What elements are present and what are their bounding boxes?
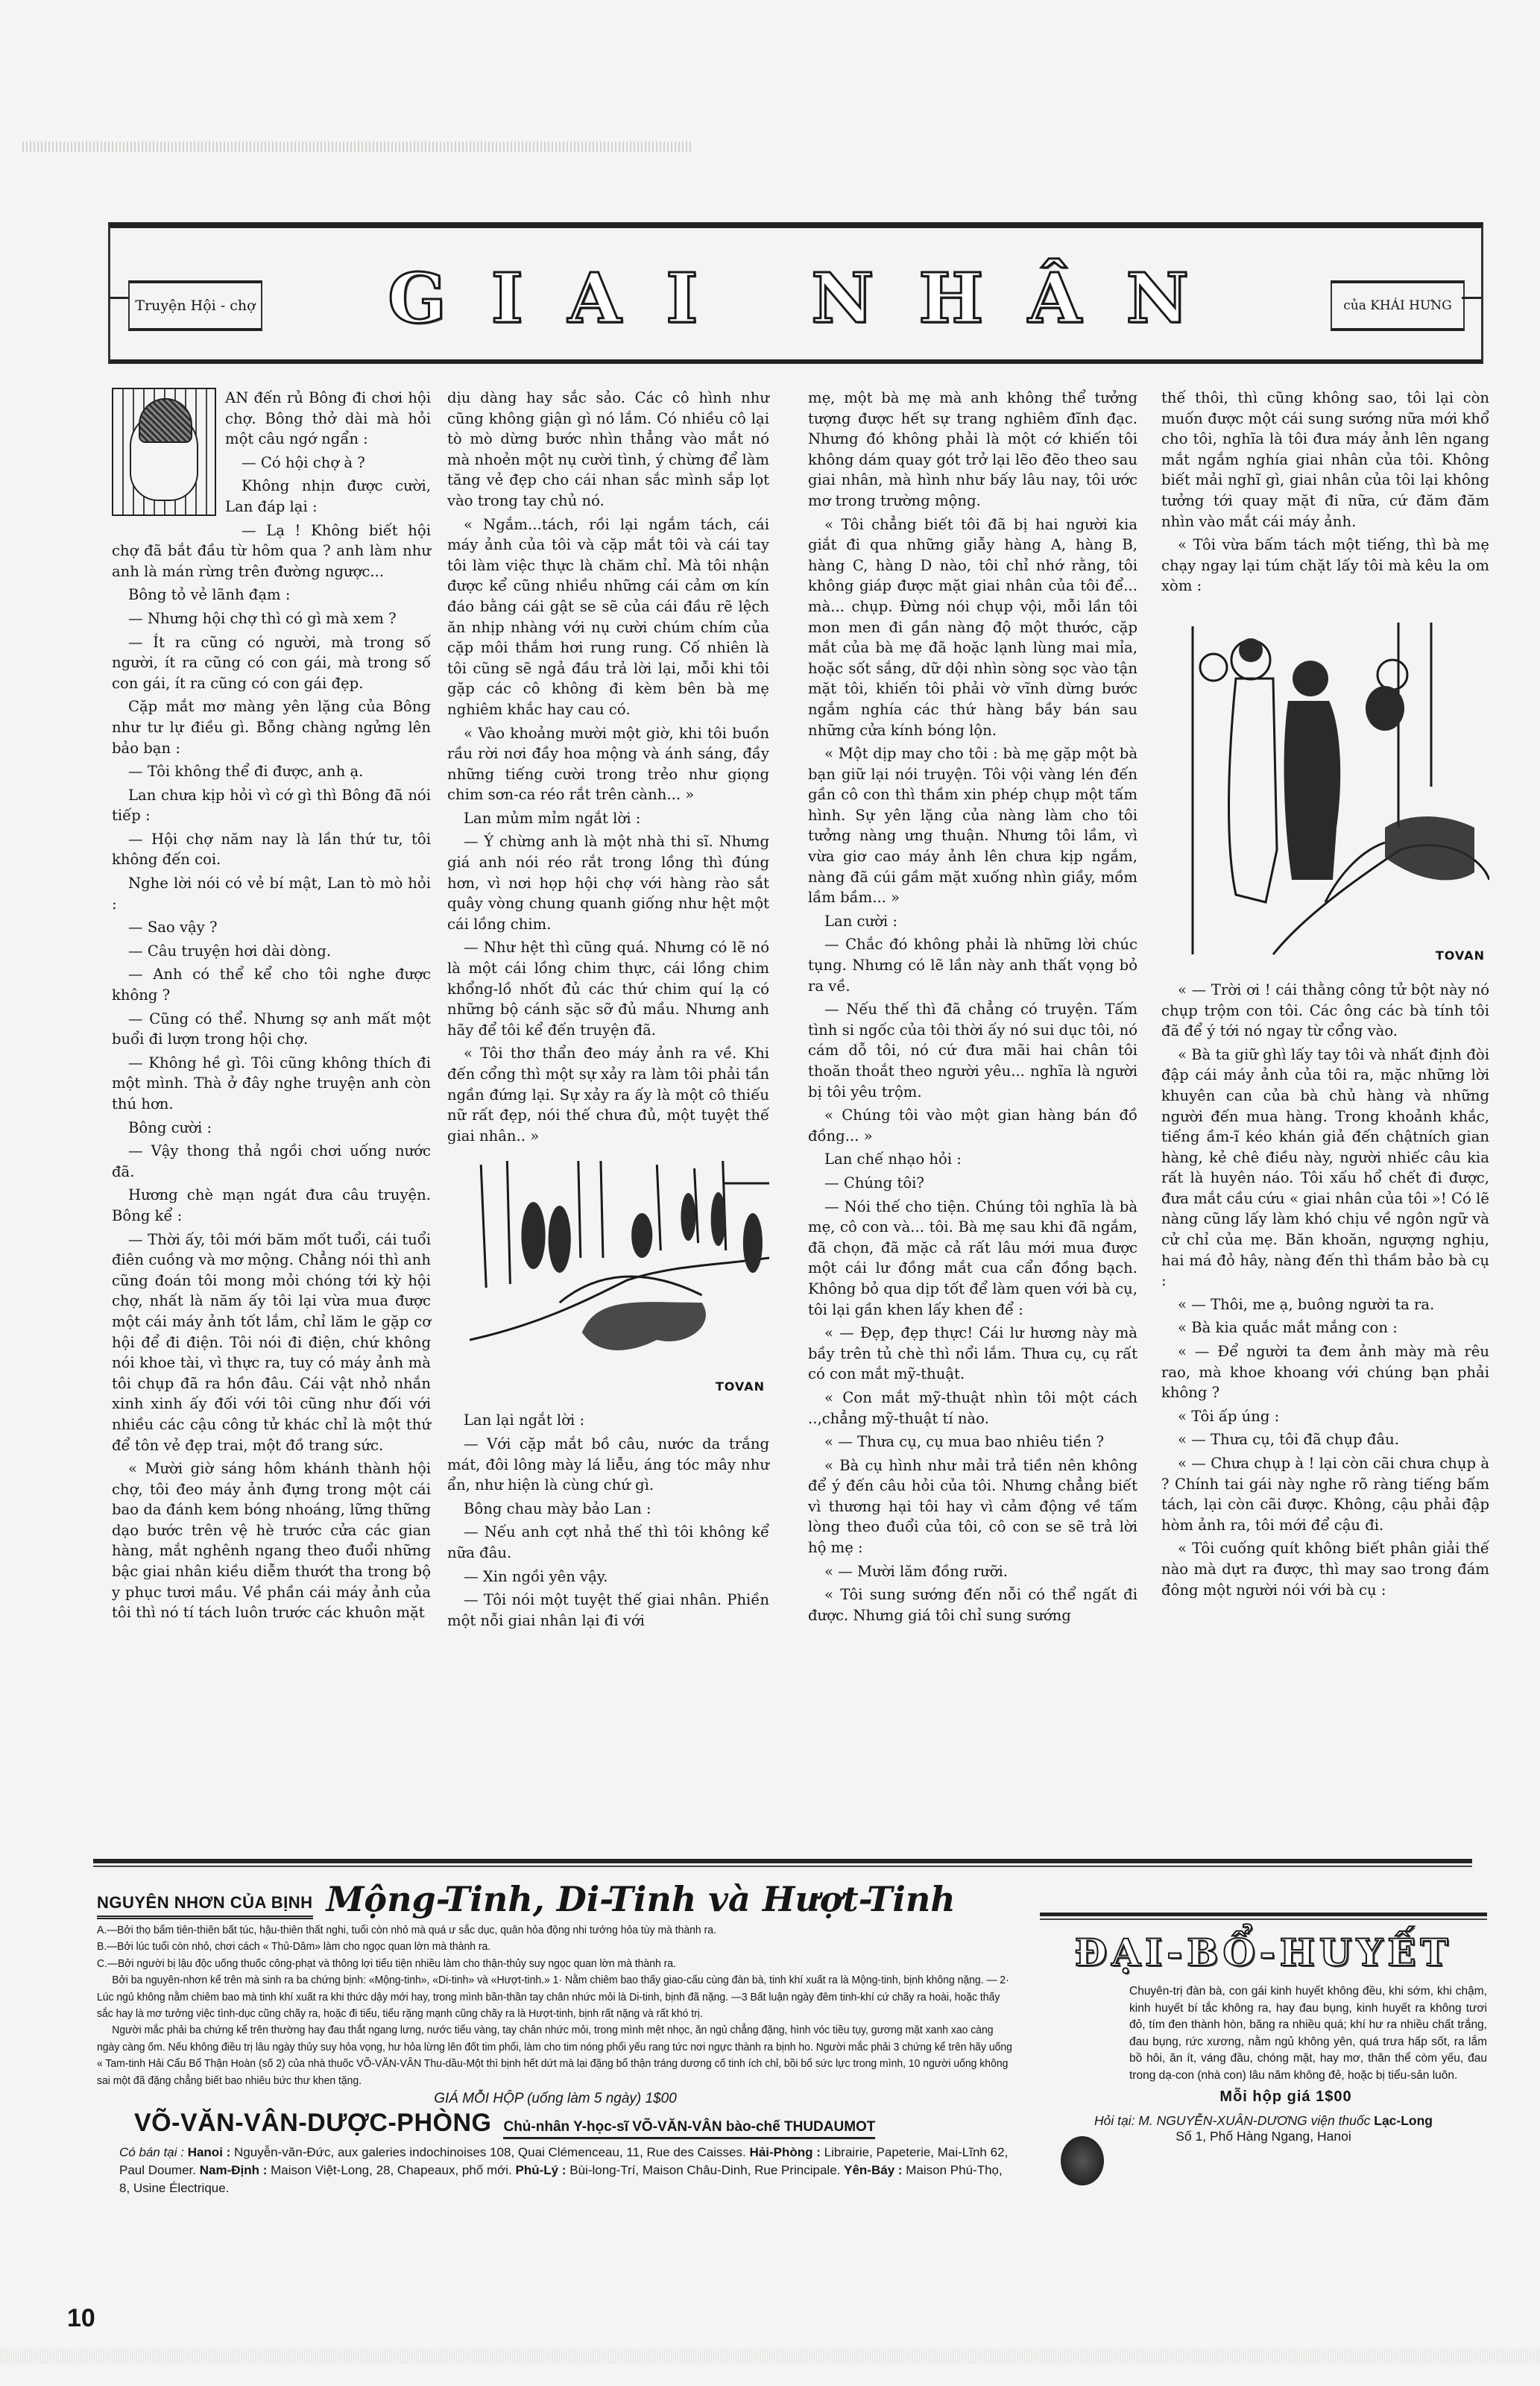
distributor-city: Phủ-Lý : <box>516 2163 567 2177</box>
paragraph: Lan cười : <box>808 911 1137 932</box>
paragraph: « Tôi cuống quít không biết phân giải th… <box>1161 1538 1489 1600</box>
ads-separator-rule-thin <box>93 1866 1472 1867</box>
paragraph: « Tôi vừa bấm tách một tiếng, thì bà mẹ … <box>1161 535 1489 596</box>
paragraph: — Cũng có thể. Nhưng sợ anh mất một buổi… <box>112 1009 431 1050</box>
ad-address-line2: Số 1, Phố Hàng Ngang, Hanoi <box>1175 2129 1351 2144</box>
article-column-4: thế thôi, thì cũng không sao, tôi lại cò… <box>1161 388 1489 1603</box>
distributor-city: Hanoi : <box>188 2145 231 2159</box>
paragraph: « — Thưa cụ, cụ mua bao nhiêu tiền ? <box>808 1432 1137 1452</box>
ad-price: Mỗi hộp giá 1$00 <box>1040 2088 1487 2106</box>
banner-rule-left <box>110 297 128 299</box>
ad-cause-label: NGUYÊN NHƠN CỦA BỊNH <box>97 1893 313 1919</box>
fair-crowd-illustration-icon: TOVAN <box>447 1153 769 1400</box>
paragraph: — Ít ra cũng có người, mà trong số người… <box>112 632 431 694</box>
paragraph: « — Thôi, me ạ, buông người ta ra. <box>1161 1294 1489 1315</box>
paragraph: — Nếu anh cợt nhả thế thì tôi không kể n… <box>447 1522 769 1563</box>
article-column-1: AN đến rủ Bông đi chơi hội chợ. Bông thở… <box>112 388 431 1626</box>
story-title: GIAI NHÂN <box>334 258 1287 339</box>
paragraph: — Câu truyện hơi dài dòng. <box>112 941 431 962</box>
paragraph: Bông tỏ vẻ lãnh đạm : <box>112 585 431 605</box>
paragraph: — Lạ ! Không biết hội chợ đã bắt đầu từ … <box>112 520 431 582</box>
paragraph: dịu dàng hay sắc sảo. Các cô hình như cũ… <box>447 388 769 511</box>
paragraph: « Bà kia quắc mắt mắng con : <box>1161 1318 1489 1338</box>
paragraph: « Bà ta giữ ghì lấy tay tôi và nhất định… <box>1161 1045 1489 1291</box>
paragraph: — Như hệt thì cũng quá. Nhưng có lẽ nó l… <box>447 937 769 1040</box>
paragraph: — Tôi không thể đi được, anh ạ. <box>112 761 431 782</box>
paragraph: Hương chè mạn ngát đưa câu truyện. Bông … <box>112 1185 431 1226</box>
ad-address-shop: Lạc-Long <box>1374 2113 1433 2128</box>
paragraph: Nghe lời nói có vẻ bí mật, Lan tò mò hỏi… <box>112 873 431 914</box>
pill-icon <box>1061 2136 1104 2185</box>
paragraph: — Nếu thế thì đã chẳng có truyện. Tấm tì… <box>808 999 1137 1102</box>
series-label: Truyện Hội - chợ <box>135 298 255 314</box>
ad-top-rule-thin <box>1040 1918 1487 1920</box>
paragraph: « Bà cụ hình như mải trả tiền nên không … <box>808 1455 1137 1558</box>
distributor-text: Bùi-long-Trí, Maison Châu-Dinh, Rue Prin… <box>569 2163 840 2177</box>
distributor-text: Maison Việt-Long, 28, Chapeaux, phố mới. <box>271 2163 512 2177</box>
paragraph: « Tôi chẳng biết tôi đã bị hai người kia… <box>808 514 1137 741</box>
ad-line: A.—Bởi thọ bẩm tiên-thiên bất túc, hậu-t… <box>97 1922 1012 1939</box>
distributor-city: Hải-Phòng : <box>749 2145 820 2159</box>
author-label: của KHÁI HƯNG <box>1343 298 1452 313</box>
ad-heading-row: NGUYÊN NHƠN CỦA BỊNH Mộng-Tinh, Di-Tinh … <box>97 1879 1014 1919</box>
paragraph: — Ý chừng anh là một nhà thi sĩ. Nhưng g… <box>447 831 769 934</box>
paragraph: — Tôi nói một tuyệt thế giai nhân. Phiền… <box>447 1590 769 1631</box>
paragraph: « Tôi sung sướng đến nỗi có thể ngất đi … <box>808 1584 1137 1625</box>
paragraph: « — Để người ta đem ảnh mày mà rêu rao, … <box>1161 1341 1489 1403</box>
paragraph: « — Thưa cụ, tôi đã chụp đâu. <box>1161 1429 1489 1450</box>
ad-line: C.—Bởi người bị lậu độc uống thuốc công-… <box>97 1956 1012 1972</box>
distributor-city: Nam-Định : <box>200 2163 268 2177</box>
ad-line: Bởi ba nguyên-nhơn kể trên mà sinh ra ba… <box>97 1972 1012 2022</box>
portrait-hair <box>139 398 192 443</box>
ad-line: B.—Bởi lúc tuổi còn nhỏ, chơi cách « Thủ… <box>97 1939 1012 1955</box>
ad-body: A.—Bởi thọ bẩm tiên-thiên bất túc, hậu-t… <box>97 1922 1012 2089</box>
title-banner: Truyện Hội - chợ GIAI NHÂN của KHÁI HƯNG <box>108 222 1483 364</box>
paragraph: — Sao vậy ? <box>112 917 431 938</box>
series-label-box: Truyện Hội - chợ <box>128 280 262 331</box>
ad-price: GIÁ MỖI HỘP (uống làm 5 ngày) 1$00 <box>97 2091 1014 2107</box>
paragraph: « — Đẹp, đẹp thực! Cái lư hương này mà b… <box>808 1323 1137 1385</box>
ad-line: Người mắc phải ba chứng kể trên thường h… <box>97 2022 1012 2089</box>
camera-scene-illustration-icon: TOVAN <box>1161 604 1489 969</box>
paragraph: Lan mủm mỉm ngắt lời : <box>447 808 769 829</box>
ad-brand-row: VÕ-VĂN-VÂN-DƯỢC-PHÒNG Chủ-nhân Y-học-sĩ … <box>97 2109 1014 2139</box>
paragraph: — Xin ngồi yên vậy. <box>447 1567 769 1587</box>
paragraph: — Anh có thể kể cho tôi nghe được không … <box>112 964 431 1005</box>
paragraph: Lan chưa kịp hỏi vì cớ gì thì Bông đã nó… <box>112 785 431 826</box>
medicine-ad-vo-van-van: NGUYÊN NHƠN CỦA BỊNH Mộng-Tinh, Di-Tinh … <box>97 1879 1014 2197</box>
ad-top-rule <box>1040 1913 1487 1916</box>
paragraph: — Không hề gì. Tôi cũng không thích đi m… <box>112 1053 431 1115</box>
paragraph: Bông chau mày bảo Lan : <box>447 1499 769 1520</box>
paragraph: Bông cười : <box>112 1118 431 1139</box>
ad-address: Hỏi tại: M. NGUYỄN-XUÂN-DƯƠNG viện thuốc… <box>1040 2113 1487 2144</box>
paragraph: « Mười giờ sáng hôm khánh thành hội chợ,… <box>112 1458 431 1623</box>
paragraph: — Hội chợ năm nay là lần thứ tư, tôi khô… <box>112 829 431 870</box>
paragraph: « — Chưa chụp à ! lại còn cãi chưa chụp … <box>1161 1453 1489 1535</box>
scan-noise-bottom <box>0 2349 1540 2364</box>
banner-rule-right <box>1462 297 1481 299</box>
illustrator-signature: TOVAN <box>1436 945 1485 966</box>
paragraph: « Chúng tôi vào một gian hàng bán đồ đồn… <box>808 1105 1137 1146</box>
paragraph: « Tôi thơ thẩn đeo máy ảnh ra về. Khi đế… <box>447 1043 769 1146</box>
paragraph: thế thôi, thì cũng không sao, tôi lại cò… <box>1161 388 1489 532</box>
distributors-label: Có bán tại : <box>119 2145 184 2159</box>
paragraph: « Một dịp may cho tôi : bà mẹ gặp một bà… <box>808 743 1137 908</box>
ads-separator-rule <box>93 1859 1472 1863</box>
distributor-city: Yên-Báy : <box>844 2163 902 2177</box>
paragraph: « Vào khoảng mười một giờ, khi tôi buồn … <box>447 723 769 805</box>
paragraph: « — Trời ơi ! cái thằng công tử bột này … <box>1161 980 1489 1042</box>
paragraph: Lan chế nhạo hỏi : <box>808 1149 1137 1170</box>
paragraph: « Ngắm...tách, rồi lại ngắm tách, cái má… <box>447 514 769 720</box>
paragraph: mẹ, một bà mẹ mà anh không thể tưởng tượ… <box>808 388 1137 511</box>
author-label-box: của KHÁI HƯNG <box>1331 280 1465 331</box>
ad-description: Chuyên-trị đàn bà, con gái kinh huyết kh… <box>1129 1983 1487 2084</box>
paragraph: Lan lại ngắt lời : <box>447 1410 769 1431</box>
ad-address-prefix: Hỏi tại: M. NGUYỄN-XUÂN-DƯƠNG viện thuốc <box>1094 2113 1370 2128</box>
paragraph: — Thời ấy, tôi mới băm mốt tuổi, cái tuổ… <box>112 1230 431 1456</box>
paragraph: — Chắc đó không phải là những lời chúc t… <box>808 934 1137 996</box>
article-column-3: mẹ, một bà mẹ mà anh không thể tưởng tượ… <box>808 388 1137 1628</box>
ad-brand: VÕ-VĂN-VÂN-DƯỢC-PHÒNG <box>134 2109 491 2138</box>
ad-owner: Chủ-nhân Y-học-sĩ VÕ-VĂN-VÂN bào-chế THU… <box>503 2119 875 2139</box>
ad-distributors: Có bán tại : Hanoi : Nguyễn-văn-Đức, aux… <box>97 2144 1014 2197</box>
page-number: 10 <box>67 2304 95 2333</box>
paragraph: « Tôi ấp úng : <box>1161 1406 1489 1427</box>
paragraph: « — Mười lăm đồng rưỡi. <box>808 1561 1137 1582</box>
paragraph: — Với cặp mắt bồ câu, nước da trắng mát,… <box>447 1434 769 1496</box>
paragraph: — Chúng tôi? <box>808 1173 1137 1194</box>
illustrator-signature: TOVAN <box>716 1376 765 1397</box>
paragraph: — Nói thế cho tiện. Chúng tôi nghĩa là b… <box>808 1197 1137 1321</box>
distributor-text: Nguyễn-văn-Đức, aux galeries indochinois… <box>234 2145 746 2159</box>
paragraph: — Nhưng hội chợ thì có gì mà xem ? <box>112 608 431 629</box>
medicine-ad-dai-bo-huyet: ĐẠI-BỔ-HUYẾT Chuyên-trị đàn bà, con gái … <box>1040 1913 1487 2144</box>
paragraph: « Con mắt mỹ-thuật nhìn tôi một cách ..,… <box>808 1388 1137 1429</box>
paragraph: — Vậy thong thả ngồi chơi uống nước đã. <box>112 1141 431 1182</box>
article-column-2: dịu dàng hay sắc sảo. Các cô hình như cũ… <box>447 388 769 1634</box>
scan-noise <box>22 142 693 152</box>
woman-portrait-illustration-icon <box>112 388 216 516</box>
ad-headline: Mộng-Tinh, Di-Tinh và Hượt-Tinh <box>326 1879 956 1919</box>
ad-title: ĐẠI-BỔ-HUYẾT <box>1040 1930 1487 1974</box>
paragraph: Cặp mắt mơ màng yên lặng của Bông như tư… <box>112 696 431 758</box>
